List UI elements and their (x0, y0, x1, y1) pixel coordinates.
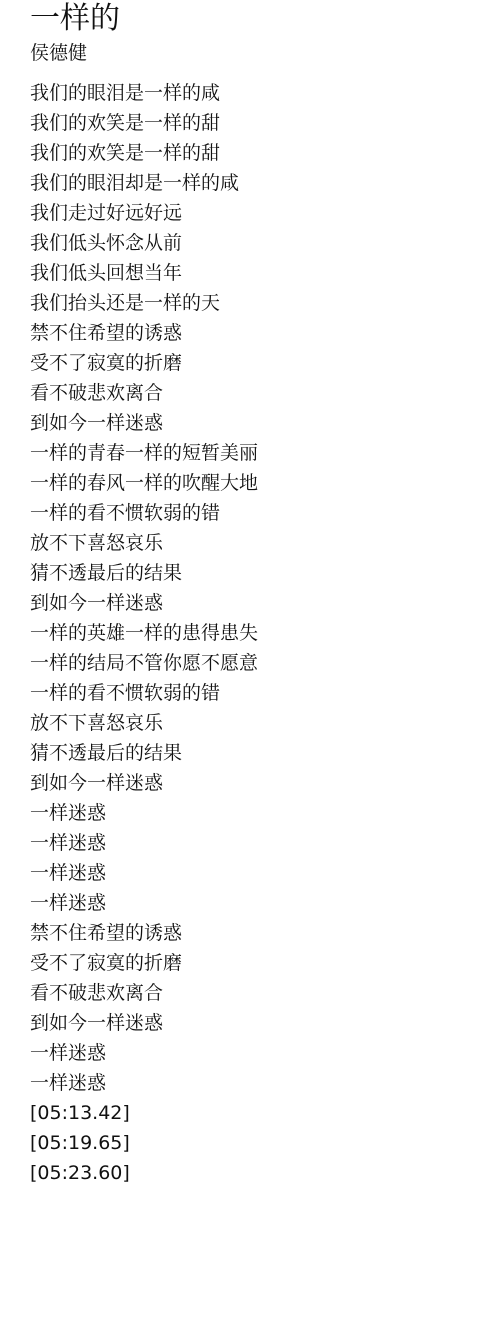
lyric-line: 我们低头怀念从前 (30, 228, 258, 258)
lyric-line: 放不下喜怒哀乐 (30, 708, 258, 738)
lyric-line: 我们的欢笑是一样的甜 (30, 138, 258, 168)
lyric-line: 一样的看不惯软弱的错 (30, 678, 258, 708)
lyric-line: 到如今一样迷惑 (30, 768, 258, 798)
lyric-line: 看不破悲欢离合 (30, 978, 258, 1008)
lyric-line: 我们的眼泪是一样的咸 (30, 78, 258, 108)
lyric-line: [05:19.65] (30, 1128, 258, 1158)
lyric-line: 一样迷惑 (30, 828, 258, 858)
lyric-line: 一样迷惑 (30, 1068, 258, 1098)
lyric-line: 放不下喜怒哀乐 (30, 528, 258, 558)
lyric-line: 猜不透最后的结果 (30, 738, 258, 768)
lyric-line: 我们的欢笑是一样的甜 (30, 108, 258, 138)
song-title: 一样的 (30, 0, 120, 38)
lyric-line: 一样的看不惯软弱的错 (30, 498, 258, 528)
lyric-line: [05:23.60] (30, 1158, 258, 1188)
lyric-line: 到如今一样迷惑 (30, 588, 258, 618)
lyric-line: 受不了寂寞的折磨 (30, 948, 258, 978)
lyric-line: 一样迷惑 (30, 798, 258, 828)
lyric-line: 受不了寂寞的折磨 (30, 348, 258, 378)
lyric-line: 到如今一样迷惑 (30, 408, 258, 438)
lyric-line: 到如今一样迷惑 (30, 1008, 258, 1038)
lyric-line: 我们抬头还是一样的天 (30, 288, 258, 318)
lyric-line: 我们低头回想当年 (30, 258, 258, 288)
lyric-line: 禁不住希望的诱惑 (30, 918, 258, 948)
lyric-line: [05:13.42] (30, 1098, 258, 1128)
lyric-line: 一样的青春一样的短暂美丽 (30, 438, 258, 468)
lyric-line: 看不破悲欢离合 (30, 378, 258, 408)
lyric-line: 禁不住希望的诱惑 (30, 318, 258, 348)
lyric-line: 一样的春风一样的吹醒大地 (30, 468, 258, 498)
lyric-line: 我们的眼泪却是一样的咸 (30, 168, 258, 198)
lyric-line: 猜不透最后的结果 (30, 558, 258, 588)
lyric-line: 一样迷惑 (30, 1038, 258, 1068)
lyric-line: 一样的结局不管你愿不愿意 (30, 648, 258, 678)
lyric-line: 一样迷惑 (30, 858, 258, 888)
lyric-line: 我们走过好远好远 (30, 198, 258, 228)
lyrics-list: 我们的眼泪是一样的咸我们的欢笑是一样的甜我们的欢笑是一样的甜我们的眼泪却是一样的… (30, 78, 258, 1188)
lyric-line: 一样的英雄一样的患得患失 (30, 618, 258, 648)
song-artist: 侯德健 (30, 40, 87, 66)
lyric-line: 一样迷惑 (30, 888, 258, 918)
